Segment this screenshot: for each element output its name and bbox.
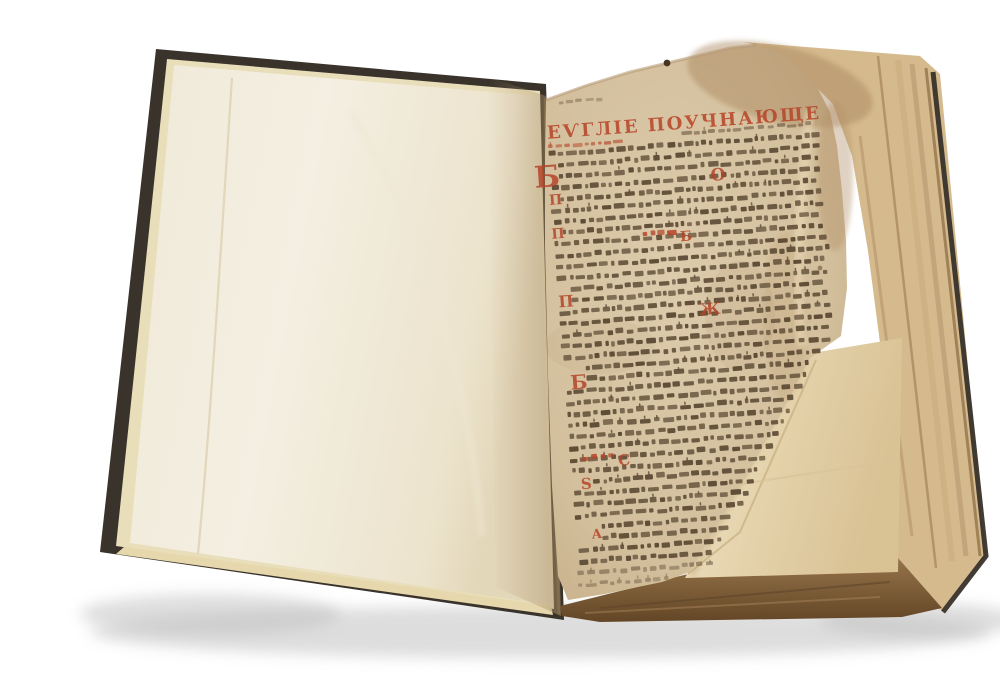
book-photo-svg: ЕѴГЛІЕ ПОУЧНАЮЩЕ БОППБПЖБСЅА bbox=[40, 16, 1000, 676]
ink-stroke bbox=[566, 162, 574, 167]
ink-stroke bbox=[573, 218, 577, 223]
ink-stroke bbox=[618, 432, 622, 436]
ink-stroke bbox=[690, 392, 699, 398]
ink-stroke bbox=[685, 300, 695, 305]
ink-stroke bbox=[692, 186, 696, 191]
ink-stroke bbox=[736, 150, 747, 155]
ink-stroke bbox=[749, 376, 758, 382]
ink-stroke bbox=[650, 247, 654, 251]
ink-stroke bbox=[636, 340, 643, 345]
ink-stroke bbox=[588, 468, 592, 473]
ink-stroke bbox=[784, 362, 794, 368]
rubric-initial: О bbox=[710, 165, 726, 186]
ink-stroke bbox=[596, 273, 600, 279]
ink-stroke bbox=[609, 477, 613, 482]
ink-stroke bbox=[561, 343, 570, 348]
ink-stroke bbox=[771, 318, 781, 323]
ink-stroke bbox=[803, 372, 807, 378]
ink-stroke bbox=[680, 528, 688, 534]
ink-stroke bbox=[718, 368, 729, 373]
ink-stroke bbox=[596, 432, 605, 437]
ink-stroke bbox=[822, 290, 828, 296]
ink-stroke bbox=[796, 325, 805, 331]
ink-stroke bbox=[643, 236, 652, 241]
ink-stroke bbox=[696, 561, 703, 566]
ink-stroke bbox=[702, 323, 713, 328]
ink-stroke bbox=[701, 389, 712, 395]
ink-stroke bbox=[624, 521, 634, 527]
ink-stroke bbox=[567, 196, 574, 201]
ink-stroke bbox=[718, 503, 722, 509]
ink-stroke bbox=[700, 368, 706, 373]
ink-stroke bbox=[818, 224, 823, 229]
ink-stroke bbox=[715, 287, 723, 292]
ink-stroke bbox=[714, 332, 719, 337]
ink-stroke bbox=[625, 182, 630, 186]
ink-stroke bbox=[765, 238, 775, 243]
ink-stroke bbox=[565, 218, 570, 224]
ink-stroke bbox=[690, 529, 698, 534]
ink-stroke bbox=[688, 210, 691, 214]
ink-stroke bbox=[786, 135, 792, 139]
ink-stroke bbox=[744, 229, 753, 234]
ink-stroke bbox=[717, 399, 727, 405]
ink-stroke bbox=[667, 393, 675, 398]
ink-stroke bbox=[625, 441, 633, 447]
ink-stroke bbox=[703, 436, 708, 441]
ink-stroke bbox=[720, 481, 728, 486]
ink-stroke bbox=[711, 255, 716, 260]
ink-stroke bbox=[640, 419, 651, 424]
ink-stroke bbox=[745, 160, 750, 165]
ink-stroke bbox=[805, 190, 814, 195]
ink-stroke bbox=[683, 381, 694, 386]
ink-stroke bbox=[780, 168, 786, 174]
ink-stroke bbox=[729, 400, 733, 404]
ink-stroke bbox=[811, 132, 820, 138]
ink-stroke bbox=[729, 479, 733, 484]
ink-stroke bbox=[639, 202, 644, 208]
ink-stroke bbox=[743, 355, 751, 360]
rubric-initial: Б bbox=[570, 370, 589, 395]
ink-stroke bbox=[682, 506, 693, 511]
ink-stroke bbox=[807, 235, 816, 240]
ink-stroke bbox=[563, 355, 571, 361]
ink-stroke bbox=[602, 536, 608, 541]
ink-stroke bbox=[658, 554, 667, 559]
ink-stroke bbox=[594, 205, 598, 209]
ink-stroke bbox=[556, 275, 566, 281]
ink-stroke bbox=[647, 383, 652, 389]
ink-stroke bbox=[773, 329, 777, 333]
ink-stroke bbox=[652, 349, 660, 354]
ink-stroke bbox=[768, 135, 777, 141]
ink-stroke bbox=[765, 272, 772, 277]
ink-stroke bbox=[653, 394, 664, 400]
ink-stroke bbox=[663, 382, 671, 388]
ink-stroke bbox=[687, 449, 695, 455]
ink-stroke bbox=[561, 241, 571, 246]
ink-stroke bbox=[640, 259, 646, 265]
ink-stroke bbox=[568, 424, 573, 428]
ink-stroke bbox=[675, 152, 685, 158]
ink-stroke bbox=[637, 146, 646, 151]
ink-stroke bbox=[703, 278, 713, 283]
ink-stroke bbox=[779, 204, 783, 209]
ink-stroke bbox=[700, 412, 706, 418]
ink-stroke bbox=[798, 123, 803, 127]
ink-stroke bbox=[611, 238, 621, 243]
ink-stroke bbox=[666, 312, 676, 318]
ink-stroke bbox=[779, 328, 785, 334]
ink-stroke bbox=[625, 282, 631, 287]
ink-stroke bbox=[676, 462, 680, 468]
ink-stroke bbox=[641, 248, 648, 253]
ink-stroke bbox=[688, 164, 698, 169]
ink-stroke bbox=[612, 273, 619, 277]
ink-stroke bbox=[736, 240, 745, 245]
rubric-initial: Ж bbox=[699, 299, 721, 319]
ink-stroke bbox=[825, 312, 832, 318]
ink-stroke bbox=[690, 517, 697, 522]
ink-stroke bbox=[710, 219, 721, 225]
ink-stroke bbox=[594, 171, 599, 176]
ink-stroke bbox=[652, 463, 662, 469]
ink-stroke bbox=[728, 296, 733, 301]
ink-stroke bbox=[689, 482, 700, 488]
ink-stroke bbox=[726, 434, 731, 438]
ink-stroke bbox=[572, 343, 582, 348]
ink-stroke bbox=[683, 268, 690, 273]
ink-stroke bbox=[636, 520, 643, 524]
ink-stroke bbox=[579, 150, 586, 155]
ink-stroke bbox=[593, 330, 604, 335]
ink-stroke bbox=[566, 173, 573, 178]
ink-stroke bbox=[606, 194, 611, 199]
rubric-initial: П bbox=[548, 192, 562, 209]
ink-stroke bbox=[745, 434, 753, 439]
ink-stroke bbox=[604, 364, 611, 369]
rubric-initial: Б bbox=[679, 228, 692, 245]
ink-stroke bbox=[646, 213, 653, 218]
ink-stroke bbox=[779, 226, 785, 231]
ink-stroke bbox=[645, 315, 656, 320]
ink-stroke bbox=[801, 303, 811, 309]
ink-stroke bbox=[749, 387, 758, 392]
ink-stroke bbox=[580, 219, 586, 224]
ink-stroke bbox=[721, 355, 725, 360]
ink-stroke bbox=[781, 384, 790, 389]
ink-stroke bbox=[578, 161, 589, 166]
ink-stroke bbox=[581, 207, 585, 211]
ink-stroke bbox=[717, 343, 721, 348]
ink-stroke bbox=[736, 275, 742, 280]
ink-stroke bbox=[604, 273, 609, 278]
ink-stroke bbox=[653, 372, 663, 377]
ink-stroke bbox=[664, 200, 673, 205]
ink-stroke bbox=[759, 375, 766, 380]
ink-stroke bbox=[779, 134, 784, 140]
ink-stroke bbox=[710, 367, 716, 372]
ink-stroke bbox=[716, 138, 723, 143]
ink-stroke bbox=[737, 388, 746, 393]
ink-stroke bbox=[733, 128, 742, 132]
ink-stroke bbox=[650, 452, 655, 457]
ink-stroke bbox=[629, 488, 639, 494]
ink-stroke bbox=[573, 501, 584, 507]
ink-stroke bbox=[754, 467, 758, 472]
ink-stroke bbox=[616, 146, 626, 152]
ink-stroke bbox=[651, 439, 655, 444]
ink-stroke bbox=[665, 325, 673, 331]
ink-stroke bbox=[700, 209, 709, 214]
ink-stroke bbox=[591, 308, 600, 313]
ink-stroke bbox=[681, 131, 692, 135]
ink-stroke bbox=[681, 221, 685, 226]
ink-stroke bbox=[661, 542, 670, 548]
ink-stroke bbox=[610, 581, 615, 585]
ink-stroke bbox=[633, 304, 644, 310]
ink-stroke bbox=[554, 219, 562, 225]
ink-stroke bbox=[752, 171, 756, 176]
ink-stroke bbox=[649, 508, 654, 513]
ink-stroke bbox=[572, 184, 581, 189]
ink-stroke bbox=[604, 479, 607, 483]
ink-stroke bbox=[815, 202, 823, 207]
ink-stroke bbox=[620, 408, 625, 414]
ink-stroke bbox=[737, 284, 741, 289]
ink-stroke bbox=[714, 356, 718, 361]
ink-stroke bbox=[700, 356, 705, 361]
ink-stroke bbox=[762, 192, 766, 197]
ink-stroke bbox=[616, 523, 622, 528]
ink-stroke bbox=[825, 244, 830, 250]
ink-stroke bbox=[581, 445, 586, 449]
ink-stroke bbox=[758, 149, 766, 154]
ink-stroke bbox=[744, 342, 750, 346]
ink-stroke bbox=[753, 250, 761, 255]
ink-stroke bbox=[633, 248, 638, 252]
ink-stroke bbox=[762, 397, 771, 402]
ink-stroke bbox=[657, 230, 665, 236]
ink-stroke bbox=[615, 478, 622, 483]
ink-stroke bbox=[734, 342, 741, 347]
ink-stroke bbox=[752, 160, 761, 165]
ink-stroke bbox=[775, 361, 781, 367]
ink-stroke bbox=[749, 182, 753, 188]
ink-stroke bbox=[614, 170, 625, 176]
ink-stroke bbox=[600, 512, 607, 516]
ink-stroke bbox=[567, 412, 571, 417]
ink-stroke bbox=[659, 281, 670, 286]
ink-stroke bbox=[679, 552, 688, 558]
ink-stroke bbox=[587, 206, 592, 211]
ink-stroke bbox=[816, 188, 822, 194]
ink-stroke bbox=[730, 411, 735, 416]
ink-stroke bbox=[619, 295, 624, 300]
ink-stroke bbox=[581, 321, 589, 326]
ink-stroke bbox=[765, 306, 770, 312]
ink-stroke bbox=[799, 338, 805, 343]
ink-stroke bbox=[782, 179, 792, 185]
ink-stroke bbox=[726, 321, 737, 326]
ink-stroke bbox=[739, 320, 750, 325]
ink-stroke bbox=[701, 140, 706, 145]
ink-stroke bbox=[745, 274, 754, 280]
ink-stroke bbox=[608, 183, 611, 188]
ink-stroke bbox=[729, 263, 738, 269]
ink-stroke bbox=[803, 178, 809, 184]
ink-stroke bbox=[609, 351, 615, 356]
ink-stroke bbox=[616, 226, 620, 231]
ink-stroke bbox=[785, 272, 791, 276]
ink-stroke bbox=[672, 348, 677, 353]
ink-stroke bbox=[653, 577, 661, 582]
rubric-initial: П bbox=[558, 291, 574, 311]
ink-stroke bbox=[707, 492, 718, 497]
ink-stroke bbox=[706, 460, 712, 465]
ink-stroke bbox=[635, 361, 645, 366]
ink-stroke bbox=[749, 149, 756, 154]
ink-stroke bbox=[671, 439, 681, 444]
ink-stroke bbox=[751, 192, 758, 198]
ink-stroke bbox=[717, 252, 727, 257]
ink-stroke bbox=[718, 129, 725, 133]
ink-stroke bbox=[574, 173, 583, 178]
ink-stroke bbox=[626, 373, 635, 379]
ink-stroke bbox=[703, 220, 708, 224]
ink-stroke bbox=[821, 337, 830, 342]
ink-stroke bbox=[768, 125, 774, 128]
ink-stroke bbox=[723, 342, 732, 348]
ink-stroke bbox=[794, 314, 804, 320]
ink-stroke bbox=[698, 231, 708, 237]
ink-stroke bbox=[625, 498, 636, 504]
ink-stroke bbox=[691, 438, 700, 443]
ink-stroke bbox=[711, 208, 718, 213]
ink-stroke bbox=[596, 286, 603, 291]
ink-stroke bbox=[573, 208, 579, 213]
ink-stroke bbox=[793, 260, 801, 264]
ink-stroke bbox=[593, 410, 598, 415]
ink-stroke bbox=[780, 191, 785, 196]
ink-stroke bbox=[663, 417, 674, 423]
ink-stroke bbox=[585, 142, 589, 145]
ink-stroke bbox=[747, 468, 751, 472]
ink-stroke bbox=[814, 256, 819, 262]
ink-stroke bbox=[625, 430, 634, 436]
ink-stroke bbox=[608, 433, 615, 438]
ink-stroke bbox=[674, 450, 683, 455]
ink-stroke bbox=[775, 294, 784, 299]
ink-stroke bbox=[567, 254, 574, 259]
ink-stroke bbox=[674, 540, 682, 546]
ink-stroke bbox=[668, 452, 672, 456]
ink-stroke bbox=[677, 425, 685, 431]
ink-stroke bbox=[805, 121, 811, 125]
ink-stroke bbox=[720, 388, 728, 394]
ink-stroke bbox=[698, 378, 705, 383]
ink-stroke bbox=[810, 200, 814, 205]
ink-stroke bbox=[587, 275, 594, 280]
ink-stroke bbox=[668, 303, 673, 307]
ink-stroke bbox=[686, 188, 691, 192]
ink-stroke bbox=[759, 239, 763, 244]
ink-stroke bbox=[652, 280, 656, 284]
ink-stroke bbox=[568, 230, 573, 235]
ink-stroke bbox=[747, 479, 754, 484]
ink-stroke bbox=[744, 138, 753, 143]
ink-stroke bbox=[741, 296, 746, 302]
ink-stroke bbox=[646, 189, 653, 194]
ink-stroke bbox=[727, 355, 734, 360]
ink-stroke bbox=[633, 225, 642, 230]
ink-stroke bbox=[644, 293, 653, 299]
ink-stroke bbox=[696, 460, 703, 465]
ink-stroke bbox=[601, 410, 611, 416]
ink-stroke bbox=[627, 329, 634, 333]
rubric-initial: Ѕ bbox=[580, 475, 592, 494]
ink-stroke bbox=[645, 429, 654, 435]
ink-stroke bbox=[726, 183, 730, 188]
ink-stroke bbox=[733, 423, 742, 428]
ink-stroke bbox=[615, 387, 624, 392]
ink-stroke bbox=[677, 301, 682, 307]
ink-stroke bbox=[691, 324, 698, 329]
ink-stroke bbox=[669, 566, 679, 570]
ink-stroke bbox=[638, 316, 644, 322]
ink-stroke bbox=[709, 265, 716, 270]
ink-stroke bbox=[648, 487, 659, 492]
ink-stroke bbox=[660, 497, 666, 502]
ink-stroke bbox=[669, 553, 678, 558]
ink-stroke bbox=[665, 463, 674, 468]
ink-stroke bbox=[721, 423, 730, 428]
ink-stroke bbox=[770, 248, 778, 254]
ink-stroke bbox=[676, 416, 681, 421]
ink-stroke bbox=[744, 363, 754, 369]
ink-stroke bbox=[619, 215, 625, 220]
ink-stroke bbox=[704, 287, 712, 293]
ink-stroke bbox=[585, 343, 592, 348]
ink-stroke bbox=[586, 502, 590, 508]
ink-stroke bbox=[776, 353, 785, 358]
ink-stroke bbox=[696, 221, 701, 226]
ink-stroke bbox=[631, 235, 640, 241]
ink-stroke bbox=[812, 348, 821, 353]
ink-stroke bbox=[796, 349, 802, 354]
ink-stroke bbox=[716, 197, 723, 202]
ink-stroke bbox=[579, 467, 585, 473]
ink-stroke bbox=[736, 172, 741, 178]
ink-stroke bbox=[758, 363, 766, 368]
ink-stroke bbox=[683, 495, 687, 499]
ink-stroke bbox=[654, 382, 661, 388]
ink-stroke bbox=[717, 436, 724, 441]
ink-stroke bbox=[627, 545, 638, 550]
ink-stroke bbox=[720, 208, 728, 213]
ink-stroke bbox=[737, 195, 748, 201]
ink-stroke bbox=[615, 284, 623, 289]
ink-stroke bbox=[648, 143, 654, 149]
ink-stroke bbox=[785, 259, 790, 264]
ink-stroke bbox=[659, 315, 663, 320]
ink-stroke bbox=[744, 216, 752, 222]
ink-stroke bbox=[752, 319, 762, 324]
ink-stroke bbox=[615, 556, 622, 562]
ink-stroke bbox=[605, 341, 609, 346]
ink-stroke bbox=[690, 333, 700, 339]
